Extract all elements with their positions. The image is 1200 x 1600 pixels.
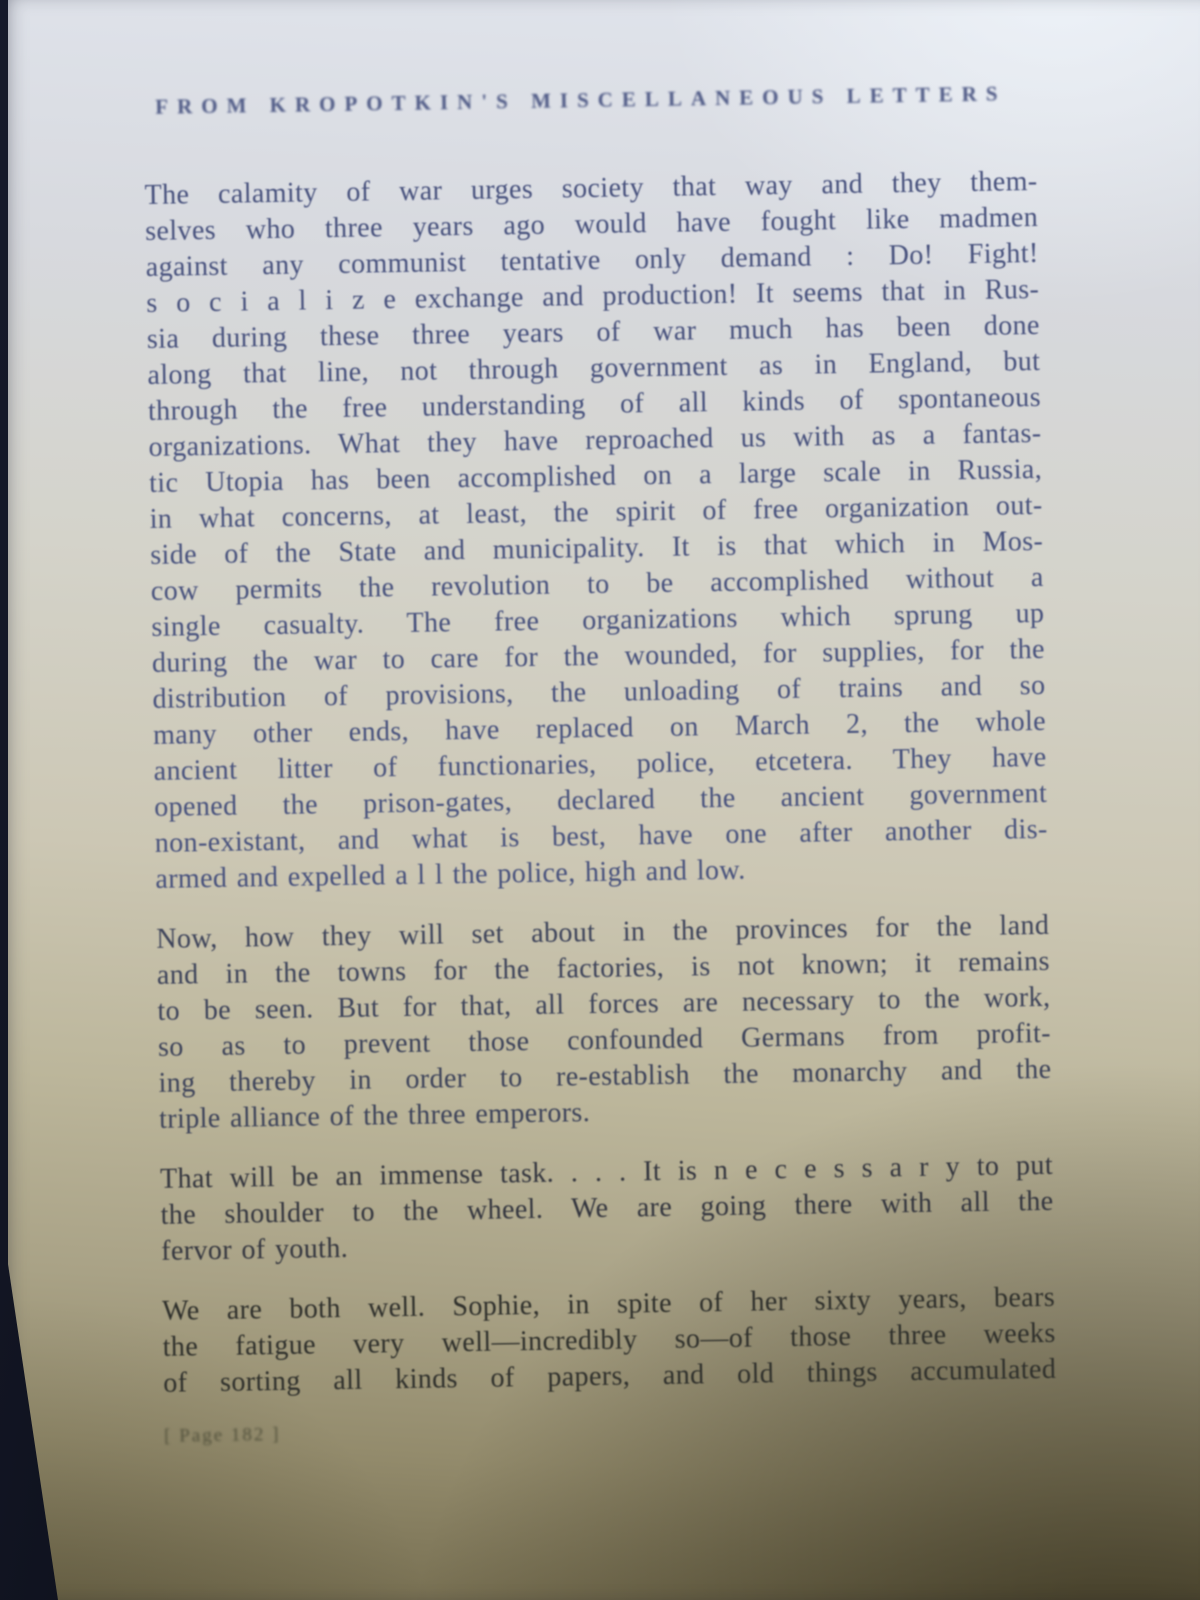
body-text: The calamity of war urges society that w… <box>144 164 1056 1402</box>
paragraph: Now, how they will set about in the prov… <box>156 908 1052 1138</box>
page-content: FROM KROPOTKIN'S MISCELLANEOUS LETTERS T… <box>143 81 1057 1448</box>
book-page: FROM KROPOTKIN'S MISCELLANEOUS LETTERS T… <box>0 0 1200 1600</box>
page-number: [ Page 182 ] <box>164 1412 1057 1448</box>
paragraph: The calamity of war urges society that w… <box>144 164 1048 898</box>
paragraph: That will be an immense task. . . . It i… <box>160 1148 1055 1270</box>
page-header: FROM KROPOTKIN'S MISCELLANEOUS LETTERS <box>155 81 1036 120</box>
paragraph: We are both well. Sophie, in spite of he… <box>162 1280 1057 1402</box>
